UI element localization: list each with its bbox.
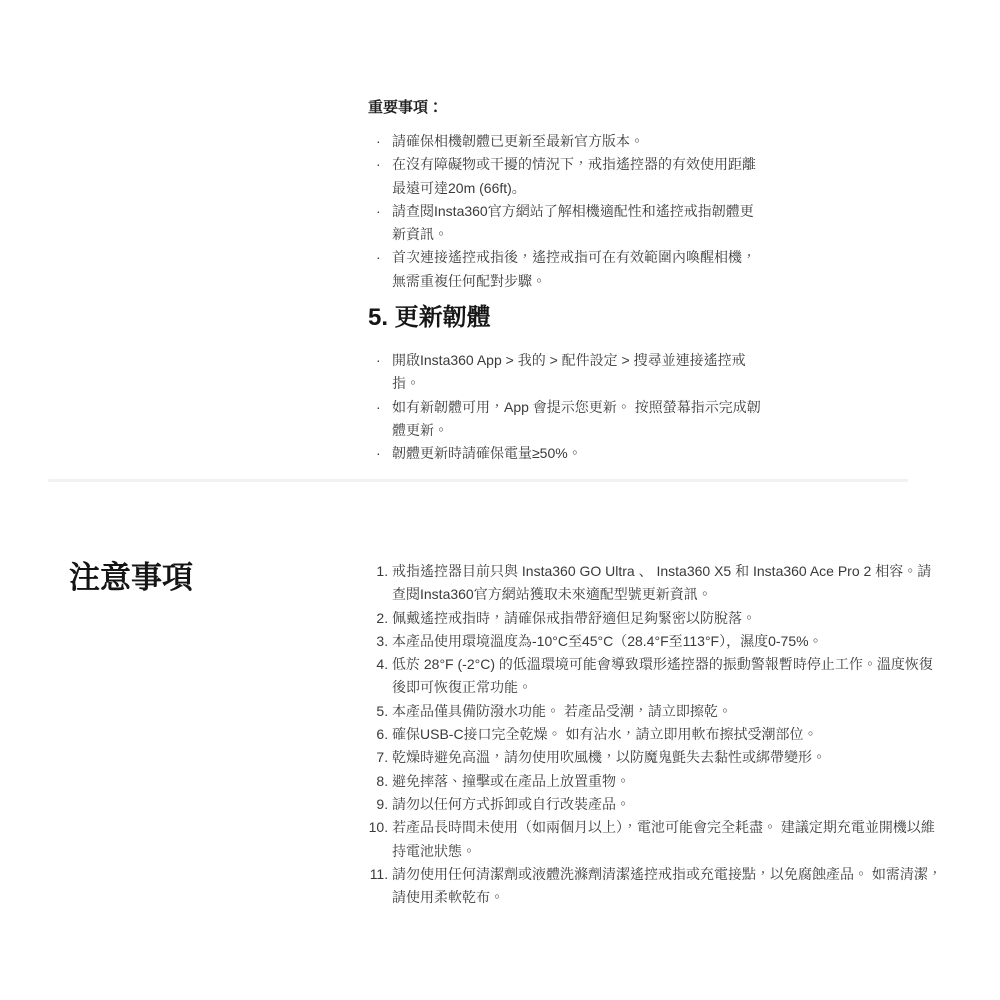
precaution-item: 本產品僅具備防潑水功能。 若產品受潮，請立即擦乾。 xyxy=(392,700,944,723)
firmware-update-text: 如有新韌體可用，App 會提示您更新。 按照螢幕指示完成韌體更新。 xyxy=(392,399,761,438)
section-divider xyxy=(48,479,908,482)
important-note-item: · 請查閱Insta360官方網站了解相機適配性和遙控戒指韌體更新資訊。 xyxy=(368,200,764,247)
precaution-item: 戒指遙控器目前只與 Insta360 GO Ultra 、 Insta360 X… xyxy=(392,560,944,607)
important-note-text: 請確保相機韌體已更新至最新官方版本。 xyxy=(392,133,644,149)
important-note-text: 首次連接遙控戒指後，遙控戒指可在有效範圍內喚醒相機，無需重複任何配對步驟。 xyxy=(392,249,756,288)
manual-page: 重要事項： · 請確保相機韌體已更新至最新官方版本。 · 在沒有障礙物或干擾的情… xyxy=(0,0,1000,1000)
precaution-item: 低於 28°F (-2°C) 的低溫環境可能會導致環形遙控器的振動警報暫時停止工… xyxy=(392,653,944,700)
important-note-item: · 在沒有障礙物或干擾的情況下，戒指遙控器的有效使用距離最遠可達20m (66f… xyxy=(368,153,764,200)
firmware-update-text: 韌體更新時請確保電量≥50%。 xyxy=(392,445,582,461)
firmware-update-item: · 開啟Insta360 App > 我的 > 配件設定 > 搜尋並連接遙控戒指… xyxy=(368,349,764,396)
precaution-item: 避免摔落、撞擊或在產品上放置重物。 xyxy=(392,770,944,793)
precaution-item: 乾燥時避免高溫，請勿使用吹風機，以防魔鬼氈失去黏性或綁帶變形。 xyxy=(392,746,944,769)
firmware-update-item: · 如有新韌體可用，App 會提示您更新。 按照螢幕指示完成韌體更新。 xyxy=(368,396,764,443)
manual-top-block: 重要事項： · 請確保相機韌體已更新至最新官方版本。 · 在沒有障礙物或干擾的情… xyxy=(368,96,764,466)
precaution-text: 低於 28°F (-2°C) 的低溫環境可能會導致環形遙控器的振動警報暫時停止工… xyxy=(392,656,933,695)
important-note-item: · 首次連接遙控戒指後，遙控戒指可在有效範圍內喚醒相機，無需重複任何配對步驟。 xyxy=(368,246,764,293)
important-note-text: 在沒有障礙物或干擾的情況下，戒指遙控器的有效使用距離最遠可達20m (66ft)… xyxy=(392,156,756,195)
precaution-item: 確保USB-C接口完全乾燥。 如有沾水，請立即用軟布擦拭受潮部位。 xyxy=(392,723,944,746)
precaution-text: 確保USB-C接口完全乾燥。 如有沾水，請立即用軟布擦拭受潮部位。 xyxy=(392,726,817,742)
firmware-update-item: · 韌體更新時請確保電量≥50%。 xyxy=(368,442,764,465)
precautions-heading: 注意事項 xyxy=(69,559,193,597)
bullet-dot-icon: · xyxy=(376,396,381,419)
precaution-text: 佩戴遙控戒指時，請確保戒指帶舒適但足夠緊密以防脫落。 xyxy=(392,610,756,626)
bullet-dot-icon: · xyxy=(376,349,381,372)
bullet-dot-icon: · xyxy=(376,153,381,176)
bullet-dot-icon: · xyxy=(376,246,381,269)
precautions-list: 戒指遙控器目前只與 Insta360 GO Ultra 、 Insta360 X… xyxy=(366,560,944,909)
important-notes-heading: 重要事項： xyxy=(368,96,764,119)
precaution-text: 乾燥時避免高溫，請勿使用吹風機，以防魔鬼氈失去黏性或綁帶變形。 xyxy=(392,749,826,765)
precaution-item: 若產品長時間未使用（如兩個月以上），電池可能會完全耗盡。 建議定期充電並開機以維… xyxy=(392,816,944,863)
precaution-text: 戒指遙控器目前只與 Insta360 GO Ultra 、 Insta360 X… xyxy=(392,563,931,602)
precaution-text: 請勿以任何方式拆卸或自行改裝產品。 xyxy=(392,796,630,812)
precaution-text: 避免摔落、撞擊或在產品上放置重物。 xyxy=(392,773,630,789)
important-note-text: 請查閱Insta360官方網站了解相機適配性和遙控戒指韌體更新資訊。 xyxy=(392,203,754,242)
precaution-item: 請勿使用任何清潔劑或液體洗滌劑清潔遙控戒指或充電接點，以免腐蝕產品。 如需清潔，… xyxy=(392,863,944,910)
precaution-item: 請勿以任何方式拆卸或自行改裝產品。 xyxy=(392,793,944,816)
important-note-item: · 請確保相機韌體已更新至最新官方版本。 xyxy=(368,130,764,153)
precaution-item: 本產品使用環境溫度為-10°C至45°C（28.4°F至113°F），濕度0-7… xyxy=(392,630,944,653)
bullet-dot-icon: · xyxy=(376,130,381,153)
firmware-update-list: · 開啟Insta360 App > 我的 > 配件設定 > 搜尋並連接遙控戒指… xyxy=(368,349,764,465)
precaution-text: 本產品僅具備防潑水功能。 若產品受潮，請立即擦乾。 xyxy=(392,703,732,719)
bullet-dot-icon: · xyxy=(376,200,381,223)
firmware-update-text: 開啟Insta360 App > 我的 > 配件設定 > 搜尋並連接遙控戒指。 xyxy=(392,352,746,391)
firmware-update-heading: 5. 更新韌體 xyxy=(368,302,764,334)
precaution-item: 佩戴遙控戒指時，請確保戒指帶舒適但足夠緊密以防脫落。 xyxy=(392,607,944,630)
precaution-text: 請勿使用任何清潔劑或液體洗滌劑清潔遙控戒指或充電接點，以免腐蝕產品。 如需清潔，… xyxy=(392,866,942,905)
precaution-text: 若產品長時間未使用（如兩個月以上），電池可能會完全耗盡。 建議定期充電並開機以維… xyxy=(392,819,935,858)
important-notes-list: · 請確保相機韌體已更新至最新官方版本。 · 在沒有障礙物或干擾的情況下，戒指遙… xyxy=(368,130,764,293)
precaution-text: 本產品使用環境溫度為-10°C至45°C（28.4°F至113°F），濕度0-7… xyxy=(392,633,823,649)
bullet-dot-icon: · xyxy=(376,442,381,465)
